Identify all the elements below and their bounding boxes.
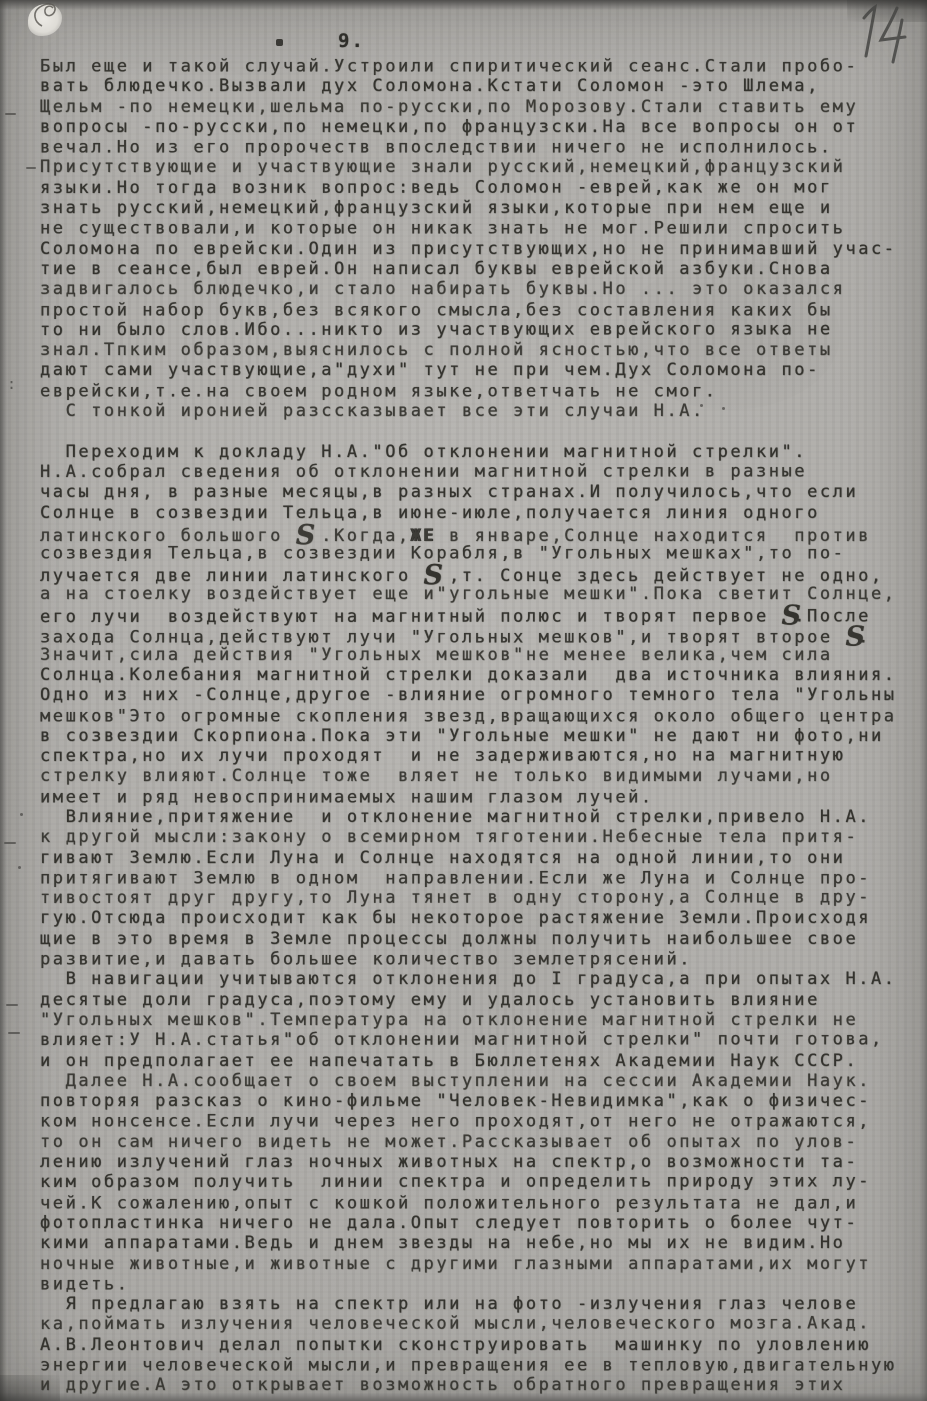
- text-line: фотопластинка ничего не дала.Опыт следуе…: [40, 1213, 920, 1233]
- text-line: то он сам ничего видеть не может.Рассказ…: [40, 1132, 920, 1152]
- text-line: Влияние,притяжение и отклонение магнитно…: [40, 807, 920, 827]
- text-line: гую.Отсюда происходит как бы некоторое р…: [40, 908, 920, 928]
- text-line: повторяя разсказ о кино-фильме "Человек-…: [40, 1091, 920, 1111]
- text-line: С тонкой иронией разссказывает все эти с…: [40, 401, 920, 421]
- text-line: энергии человеческой мысли,и превращения…: [40, 1355, 920, 1375]
- text-line: к другой мысли:закону о всемирном тяготе…: [40, 827, 920, 847]
- text-line: Щельм -по немецки,шельма по-русски,по Мо…: [40, 97, 920, 117]
- handwritten-s-glyph: S: [782, 606, 795, 626]
- text-line: Значит,сила действия "Угольных мешков"не…: [40, 645, 920, 665]
- text-line: Присутствующие и участвующие знали русск…: [40, 157, 920, 177]
- text-line: развитие,и давать большее количество зем…: [40, 949, 920, 969]
- text-line: лучается две линии латинского S ,т. Сонц…: [40, 563, 920, 583]
- text-line: А.В.Леонтович делал попытки сконструиров…: [40, 1335, 920, 1355]
- text-line: десятые доли градуса,поэтому ему и удало…: [40, 990, 920, 1010]
- text-line: щие в это время в Земле процессы должны …: [40, 929, 920, 949]
- text-line: задвигалось блюдечко,и стало набирать бу…: [40, 279, 920, 299]
- text-line: Был еще и такой случай.Устроили спиритич…: [40, 56, 920, 76]
- scanned-typewritten-page: { "page": { "number_label": "9.", "corne…: [0, 0, 927, 1401]
- text-line: не существовали,и которые он никак знать…: [40, 219, 920, 239]
- text-line: захода Солнца,действуют лучи "Угольных м…: [40, 625, 920, 645]
- text-line: латинского большого S .Когда,ЖЕ в январе…: [40, 523, 920, 543]
- text-line: видеть.: [40, 1274, 920, 1294]
- text-line: стрелку влияют.Солнце тоже вляет не толь…: [40, 766, 920, 786]
- text-line: Солнце в созвездии Тельца,в июне-июле,по…: [40, 503, 920, 523]
- text-line: знать русский,немецкий,французский языки…: [40, 198, 920, 218]
- text-line: языки.Но тогда возник вопрос:ведь Соломо…: [40, 177, 920, 198]
- text-line: тивостоят друг другу,то Луна тянет в одн…: [40, 887, 920, 908]
- text-line: В навигации учитываются отклонения до I …: [40, 969, 920, 989]
- text-line: тие в сеансе,был еврей.Он написал буквы …: [40, 259, 920, 279]
- text-line: созвездия Тельца,в созвездии Корабля,в "…: [40, 544, 920, 564]
- text-line: ка,поймать излучения человеческой мысли,…: [40, 1314, 920, 1335]
- text-line: чей.К сожалению,опыт с кошкой положитель…: [40, 1193, 920, 1213]
- text-line: и другие.А это открывает возможность обр…: [40, 1375, 920, 1395]
- text-line: Одно из них -Солнце,другое -влияние огро…: [40, 685, 920, 705]
- page-number: 9.: [338, 30, 365, 52]
- text-line: спектра,но их лучи проходят и не задержи…: [40, 745, 920, 766]
- text-line: притягивают Землю в одном направлении.Ес…: [40, 868, 920, 888]
- text-line: простой набор букв,без всякого смысла,бе…: [40, 300, 920, 320]
- text-line: Соломона по еврейски.Один из присутствую…: [40, 239, 920, 259]
- pencil-colon-mark: :: [7, 375, 16, 393]
- text-line: и он предполагает ее напечатать в Бюллет…: [40, 1051, 920, 1071]
- ink-dot: [276, 39, 283, 46]
- typed-text-block: Был еще и такой случай.Устроили спиритич…: [40, 56, 920, 1396]
- text-line: знал.Тпким образом,выяснилось с полной я…: [40, 340, 920, 360]
- text-line: то ни было слов.Ибо...никто из участвующ…: [40, 319, 920, 340]
- text-line: еврейски,т.е.на своем родном языке,ответ…: [40, 381, 920, 401]
- text-line: ком нонсенсе.Если лучи через него проход…: [40, 1112, 920, 1132]
- text-line: кими аппаратами.Ведь и днем звезды на не…: [40, 1233, 920, 1253]
- paper-tear-spot: [22, 0, 68, 42]
- text-line: гивают Землю.Если Луна и Солнце находятс…: [40, 848, 920, 868]
- text-line: дают сами участвующие,а"духи" тут не при…: [40, 360, 920, 380]
- text-line: Далее Н.А.сообщает о своем выступлении н…: [40, 1071, 920, 1091]
- text-line: в созвездии Скорпиона.Пока эти "Угольные…: [40, 726, 920, 746]
- text-line: Солнца.Колебания магнитной стрелки доказ…: [40, 665, 920, 685]
- text-line: Переходим к докладу Н.А."Об отклонении м…: [40, 442, 920, 462]
- text-line: лению излучений глаз ночных животных на …: [40, 1152, 920, 1172]
- text-line: ночные животные,и животные с другими гла…: [40, 1254, 920, 1274]
- text-line: Я предлагаю взять на спектр или на фото …: [40, 1294, 920, 1314]
- tear-outline: [22, 0, 68, 42]
- text-line: вечал.Но из его пророчеств впоследствии …: [40, 138, 920, 158]
- text-line: влияет:У Н.А.статья"об отклонении магнит…: [40, 1029, 920, 1050]
- text-line: ким образом получить линии спектра и опр…: [40, 1172, 920, 1193]
- text-line: его лучи воздействуют на магнитный полюс…: [40, 603, 920, 624]
- text-line: [40, 421, 920, 441]
- text-line: часы дня, в разные месяцы,в разных стран…: [40, 482, 920, 502]
- text-line: "Угольных мешков".Температура на отклоне…: [40, 1010, 920, 1030]
- text-line: вопросы -по-русски,по немецки,по француз…: [40, 117, 920, 137]
- text-line: вать блюдечко.Вызвали дух Соломона.Кстат…: [40, 76, 920, 96]
- text-line: имеет и ряд невоспринимаемых нашим глазо…: [40, 787, 920, 807]
- text-line: мешков"Это огромные скопления звезд,вращ…: [40, 706, 920, 726]
- text-line: Н.А.собрал сведения об отклонении магнит…: [40, 461, 920, 482]
